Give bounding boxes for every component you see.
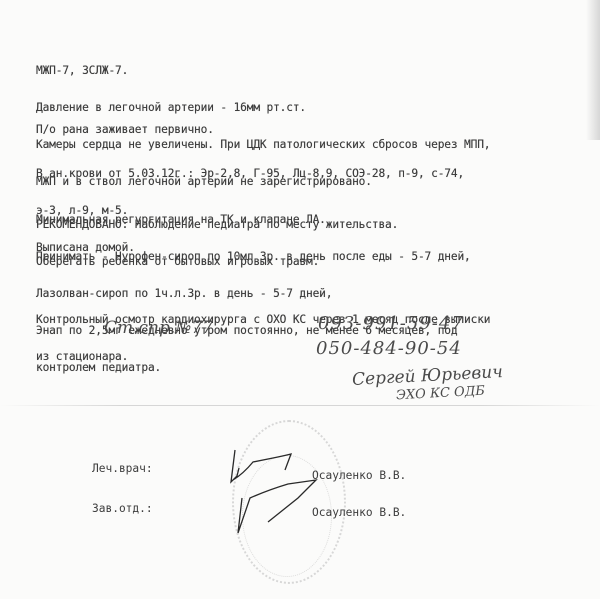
page-edge-shadow xyxy=(586,0,600,140)
text-line: В ан.крови от 5.03.12г.: Эр-2,8, Г-95, Л… xyxy=(36,168,464,180)
attending-doctor-label: Леч.врач: xyxy=(92,462,153,475)
text-line: МЖП-7, ЗСЛЖ-7. xyxy=(36,65,490,77)
text-line: Давление в легочной артерии - 16мм рт.ст… xyxy=(36,102,490,114)
phone-number-1: 093-991-59-47 xyxy=(318,313,464,334)
history-number: Ст.спр.№77 xyxy=(104,318,213,338)
signature-head xyxy=(228,478,328,548)
head-of-department-label: Зав.отд.: xyxy=(92,502,153,515)
phone-number-2: 050-484-90-54 xyxy=(316,338,462,359)
text-line: Принимать - Нурофен-сироп по 10мл 3р. в … xyxy=(36,251,471,263)
wound-status: П/о рана заживает первично. xyxy=(36,124,214,136)
separator-line xyxy=(0,405,600,406)
contact-department: ЭХО КС ОДБ xyxy=(396,384,486,404)
